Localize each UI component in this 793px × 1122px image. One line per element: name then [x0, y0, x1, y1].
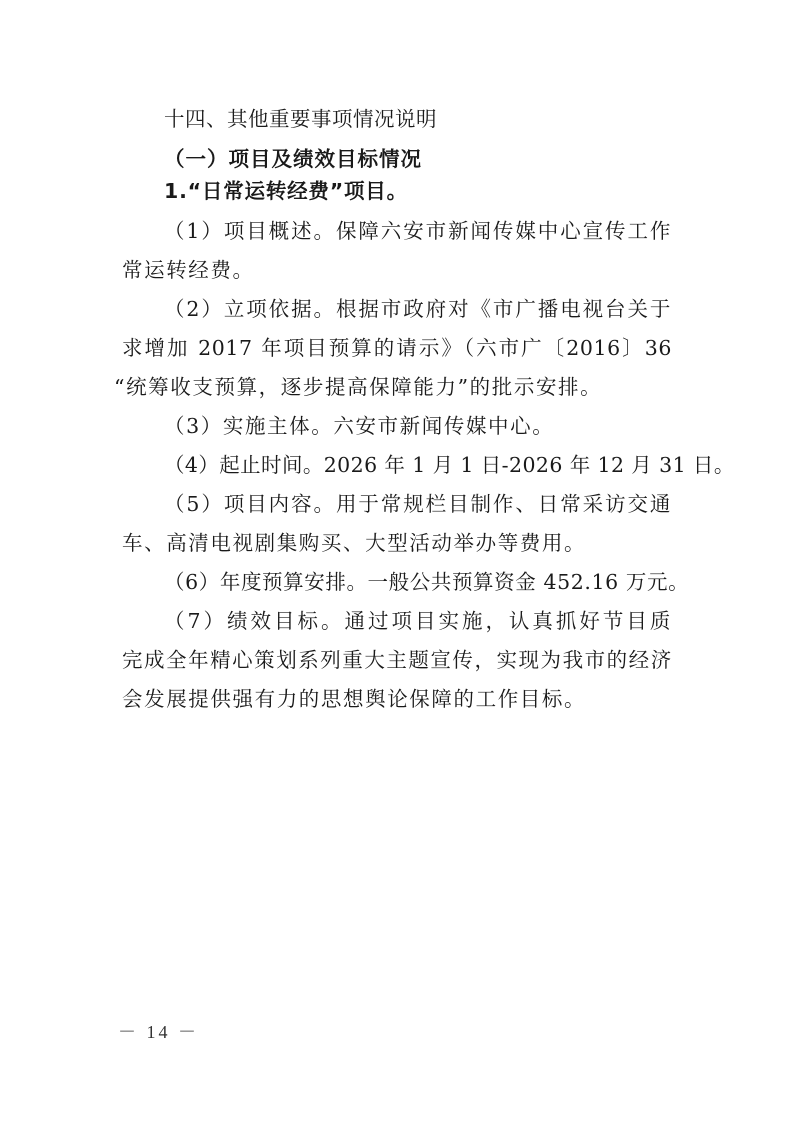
paragraph-line-content: （5）项目内容。用于常规栏目制作、日常采访交通租 — [164, 491, 672, 517]
section-title: 十四、其他重要事项情况说明 — [164, 106, 672, 132]
paragraph-line: 车、高清电视剧集购买、大型活动举办等费用。 — [122, 530, 672, 556]
paragraph-line-basis: （2）立项依据。根据市政府对《市广播电视台关于请 — [164, 296, 672, 322]
paragraph-line-goal: （7）绩效目标。通过项目实施，认真抓好节目质量， — [164, 608, 672, 634]
subsection-title: （一）项目及绩效目标情况 — [164, 146, 672, 172]
paragraph-line: “统筹收支预算，逐步提高保障能力”的批示安排。 — [114, 374, 664, 400]
page-number: － 14 － — [118, 1018, 199, 1044]
paragraph-line: 会发展提供强有力的思想舆论保障的工作目标。 — [122, 686, 672, 712]
paragraph-line-implementer: （3）实施主体。六安市新闻传媒中心。 — [164, 413, 672, 439]
document-page: 十四、其他重要事项情况说明 （一）项目及绩效目标情况 1.“日常运转经费”项目。… — [0, 0, 793, 1122]
paragraph-line-period: （4）起止时间。2026 年 1 月 1 日-2026 年 12 月 31 日。 — [164, 452, 672, 478]
paragraph-line-budget: （6）年度预算安排。一般公共预算资金 452.16 万元。 — [164, 569, 672, 595]
paragraph-line: 常运转经费。 — [122, 257, 672, 283]
paragraph-line: 求增加 2017 年项目预算的请示》（六市广〔2016〕36 号） — [122, 335, 672, 361]
item-title: 1.“日常运转经费”项目。 — [164, 178, 672, 204]
paragraph-line: 完成全年精心策划系列重大主题宣传，实现为我市的经济社 — [122, 647, 672, 673]
paragraph-line-overview: （1）项目概述。保障六安市新闻传媒中心宣传工作日 — [164, 218, 672, 244]
